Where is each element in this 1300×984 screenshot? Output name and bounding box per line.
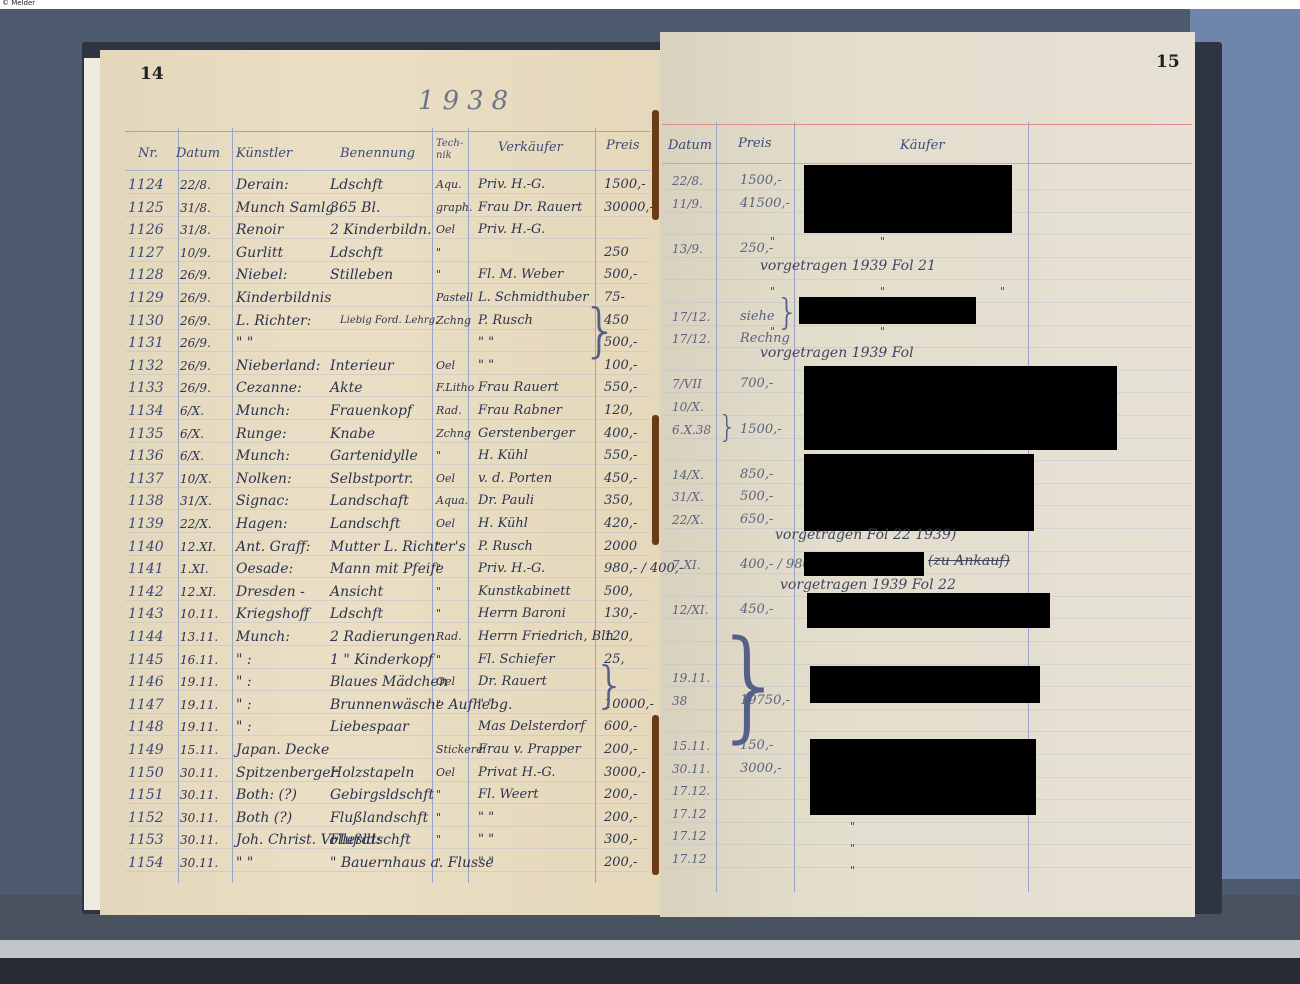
- cell-preis: 120,: [604, 402, 633, 420]
- cell-kuenstler: Kriegshoff: [236, 605, 309, 623]
- cell-preis: 1500,-: [604, 176, 646, 194]
- cell-preis2: 1500,-: [740, 172, 782, 190]
- desk-shadow: [0, 958, 1300, 984]
- cell-technik: Zchng: [436, 425, 471, 443]
- column-header: Datum: [668, 138, 712, 153]
- cell-datum: 10/9.: [180, 244, 211, 262]
- cell-technik: graph.: [436, 199, 472, 217]
- cell-preis2: 400,- / 980: [740, 556, 811, 574]
- header-rule: [125, 170, 650, 171]
- row-rule: [662, 822, 1192, 823]
- cell-verkaeufer: Frau Rauert: [478, 379, 559, 397]
- cell-datum: 22/8.: [180, 176, 211, 194]
- cell-benennung: Ldschft: [330, 244, 383, 262]
- cell-kuenstler: Oesade:: [236, 560, 293, 578]
- cell-technik: ": [436, 266, 441, 284]
- cell-nr: 1132: [128, 357, 164, 375]
- cell-nr: 1135: [128, 425, 164, 443]
- cell-verkaeufer: H. Kühl: [478, 515, 528, 533]
- cell-datum2: 38: [672, 692, 687, 710]
- row-rule: [662, 234, 1192, 235]
- cell-verkaeufer: P. Rusch: [478, 538, 533, 556]
- cell-nr: 1152: [128, 809, 164, 827]
- cell-nr: 1133: [128, 379, 164, 397]
- redaction-block: [810, 666, 1040, 703]
- redaction-block: [807, 593, 1050, 628]
- cell-technik: ": [436, 447, 441, 465]
- cell-nr: 1149: [128, 741, 164, 759]
- column-rule: [178, 128, 179, 883]
- cell-nr: 1137: [128, 470, 164, 488]
- cell-verkaeufer: L. Schmidthuber: [478, 289, 588, 307]
- cell-datum2: 22/8.: [672, 172, 703, 190]
- cell-technik: F.Litho: [436, 379, 474, 397]
- cell-verkaeufer: Herrn Friedrich, Bln: [478, 628, 614, 646]
- cell-datum2: 6.X.38: [672, 421, 711, 439]
- cell-verkaeufer: Frau Rabner: [478, 402, 562, 420]
- cell-verkaeufer: Dr. Rauert: [478, 673, 547, 691]
- cell-kuenstler: Munch Samlg: [236, 199, 334, 217]
- cell-nr: 1150: [128, 764, 164, 782]
- cell-benennung: Knabe: [330, 425, 375, 443]
- cell-datum2: 13/9.: [672, 240, 703, 258]
- cell-nr: 1143: [128, 605, 164, 623]
- cell-nr: 1134: [128, 402, 164, 420]
- cell-preis: 30000,-: [604, 199, 654, 217]
- cell-technik: ": [436, 244, 441, 262]
- cell-datum: 19.11.: [180, 673, 218, 691]
- cell-datum2: 14/X.: [672, 466, 704, 484]
- cell-benennung: 365 Bl.: [330, 199, 380, 217]
- cell-datum2: 7/VII: [672, 375, 702, 393]
- cell-verkaeufer: Dr. Pauli: [478, 492, 534, 510]
- cell-kuenstler: Renoir: [236, 221, 283, 239]
- cell-verkaeufer: Gerstenberger: [478, 425, 575, 443]
- cell-nr: 1153: [128, 831, 164, 849]
- cell-datum: 12.XI.: [180, 583, 216, 601]
- cell-verkaeufer: Fl. Weert: [478, 786, 539, 804]
- cell-datum2: 15.11.: [672, 737, 710, 755]
- cell-datum: 26/9.: [180, 357, 211, 375]
- cell-preis2: 1500,-: [740, 421, 782, 439]
- cell-verkaeufer: " ": [478, 809, 494, 827]
- cell-verkaeufer: " ": [478, 854, 494, 872]
- cell-datum2: 17/12.: [672, 330, 710, 348]
- column-rule: [595, 128, 596, 883]
- cell-datum: 30.11.: [180, 831, 218, 849]
- cell-verkaeufer: " ": [478, 357, 494, 375]
- cell-benennung: Ansicht: [330, 583, 383, 601]
- cell-benennung: Flußldschft: [330, 831, 411, 849]
- cell-nr: 1151: [128, 786, 164, 804]
- cell-verkaeufer: " ": [478, 831, 494, 849]
- ditto-mark: ": [850, 864, 855, 877]
- cell-preis: 350,: [604, 492, 633, 510]
- stitch-thread: [652, 715, 659, 875]
- cell-datum: 31/8.: [180, 221, 211, 239]
- ditto-mark: ": [880, 325, 885, 338]
- cell-nr: 1154: [128, 854, 164, 872]
- cell-preis2: 250,-: [740, 240, 773, 258]
- cell-verkaeufer: Priv. H.-G.: [478, 560, 545, 578]
- cell-datum2: 22/X.: [672, 511, 704, 529]
- row-rule: [662, 844, 1192, 845]
- cell-datum: 10/X.: [180, 470, 212, 488]
- cell-benennung: Ldschft: [330, 176, 383, 194]
- cell-technik: ": [436, 809, 441, 827]
- cell-nr: 1127: [128, 244, 164, 262]
- cell-nr: 1129: [128, 289, 164, 307]
- cell-kuenstler: Both (?): [236, 809, 292, 827]
- redaction-block: [810, 739, 1036, 815]
- annotation-note: vorgetragen 1939 Fol 22: [780, 577, 956, 593]
- cell-technik: Aqua.: [436, 492, 468, 510]
- annotation-note: vorgetragen 1939 Fol: [760, 345, 914, 361]
- cell-kuenstler: Munch:: [236, 628, 290, 646]
- bracket-mark: }: [594, 656, 626, 714]
- cell-benennung: Frauenkopf: [330, 402, 412, 420]
- cell-kuenstler: Spitzenberger: [236, 764, 337, 782]
- cell-kuenstler: Hagen:: [236, 515, 288, 533]
- cell-technik: Oel: [436, 515, 455, 533]
- cell-preis: 3000,-: [604, 764, 646, 782]
- cell-verkaeufer: " ": [478, 334, 494, 352]
- desk-edge: [0, 940, 1300, 958]
- cell-technik: ": [436, 583, 441, 601]
- cell-benennung: Selbstportr.: [330, 470, 413, 488]
- cell-preis2: 3000,-: [740, 760, 782, 778]
- cell-preis: 200,-: [604, 741, 637, 759]
- cell-nr: 1138: [128, 492, 164, 510]
- cell-verkaeufer: Herrn Baroni: [478, 605, 566, 623]
- column-header: Käufer: [900, 138, 945, 153]
- column-header: Preis: [738, 136, 771, 151]
- cell-preis: 600,-: [604, 718, 637, 736]
- cell-benennung: Flußlandschft: [330, 809, 428, 827]
- ditto-mark: ": [880, 235, 885, 248]
- cell-kuenstler: " :: [236, 673, 252, 691]
- cell-kuenstler: Kinderbildnis: [236, 289, 331, 307]
- cell-datum2: 10/X.: [672, 398, 704, 416]
- redaction-block: [799, 297, 976, 324]
- cell-nr: 1124: [128, 176, 164, 194]
- cell-datum: 13.11.: [180, 628, 218, 646]
- cell-benennung: 2 Kinderbildn.: [330, 221, 432, 239]
- cell-datum: 1.XI.: [180, 560, 209, 578]
- cell-verkaeufer: Priv. H.-G.: [478, 221, 545, 239]
- cell-preis: 200,-: [604, 786, 637, 804]
- cell-nr: 1131: [128, 334, 164, 352]
- cell-datum: 6/X.: [180, 425, 204, 443]
- column-header: Künstler: [236, 146, 292, 161]
- cell-verkaeufer: Frau Dr. Rauert: [478, 199, 582, 217]
- cell-nr: 1146: [128, 673, 164, 691]
- header-rule: [662, 163, 1192, 164]
- cell-kuenstler: Munch:: [236, 447, 290, 465]
- cell-verkaeufer: v. d. Porten: [478, 470, 552, 488]
- cell-benennung: Gartenidylle: [330, 447, 418, 465]
- cell-datum: 26/9.: [180, 266, 211, 284]
- cell-datum2: 17.12: [672, 805, 706, 823]
- cell-kuenstler: " ": [236, 854, 253, 872]
- cell-kuenstler: Nieberland:: [236, 357, 320, 375]
- cell-verkaeufer: Mas Delsterdorf: [478, 718, 585, 736]
- cell-technik: Zchng: [436, 312, 471, 330]
- cell-preis: 500,: [604, 583, 633, 601]
- cell-technik: ": [436, 560, 441, 578]
- cell-benennung: Blaues Mädchen: [330, 673, 448, 691]
- redaction-block: [804, 552, 924, 576]
- cell-datum: 16.11.: [180, 651, 218, 669]
- cell-benennung: Gebirgsldschft: [330, 786, 434, 804]
- cell-nr: 1130: [128, 312, 164, 330]
- cell-preis2: 650,-: [740, 511, 773, 529]
- cell-preis: 200,-: [604, 809, 637, 827]
- ditto-mark: ": [850, 842, 855, 855]
- cell-technik: Oel: [436, 470, 455, 488]
- cell-verkaeufer: H. Kühl: [478, 447, 528, 465]
- cell-technik: ": [436, 538, 441, 556]
- cell-kuenstler: Munch:: [236, 402, 290, 420]
- column-rule: [468, 128, 469, 883]
- redaction-block: [804, 165, 1012, 233]
- cell-preis2: 500,-: [740, 488, 773, 506]
- year-heading: 1938: [418, 86, 516, 116]
- cell-preis: 200,-: [604, 854, 637, 872]
- column-header: Verkäufer: [498, 140, 563, 155]
- cell-technik: Aqu.: [436, 176, 462, 194]
- cell-datum: 31/8.: [180, 199, 211, 217]
- cell-datum: 26/9.: [180, 289, 211, 307]
- cell-technik: Rad.: [436, 402, 462, 420]
- cell-preis2: 700,-: [740, 375, 773, 393]
- cell-preis: 130,-: [604, 605, 637, 623]
- cell-technik: ": [436, 831, 441, 849]
- header-red-rule: [662, 124, 1192, 125]
- cell-datum2: 12/XI.: [672, 601, 708, 619]
- bracket-mark: }: [582, 296, 619, 364]
- cell-kuenstler: " :: [236, 651, 252, 669]
- cell-benennung: 1 " Kinderkopf: [330, 651, 433, 669]
- cell-datum2: 30.11.: [672, 760, 710, 778]
- cell-datum: 6/X.: [180, 447, 204, 465]
- column-header: Benennung: [340, 146, 415, 161]
- cell-kuenstler: Dresden -: [236, 583, 305, 601]
- cell-verkaeufer: " ": [478, 696, 494, 714]
- ditto-mark: ": [770, 235, 775, 248]
- cell-technik: Oel: [436, 221, 455, 239]
- cell-datum: 26/9.: [180, 312, 211, 330]
- cell-preis: 400,-: [604, 425, 637, 443]
- cell-benennung: Liebespaar: [330, 718, 409, 736]
- row-rule: [662, 551, 1192, 552]
- cell-datum2: 11/9.: [672, 195, 703, 213]
- cell-datum: 30.11.: [180, 764, 218, 782]
- cell-nr: 1140: [128, 538, 164, 556]
- cell-kuenstler: Derain:: [236, 176, 289, 194]
- cell-datum2: 17/12.: [672, 308, 710, 326]
- cell-datum: 22/X.: [180, 515, 212, 533]
- redaction-block: [804, 366, 1117, 450]
- row-rule: [662, 279, 1192, 280]
- cell-datum: 30.11.: [180, 786, 218, 804]
- cell-preis: 450,-: [604, 470, 637, 488]
- cell-nr: 1141: [128, 560, 164, 578]
- cell-preis: 250: [604, 244, 629, 262]
- cell-technik: Oel: [436, 764, 455, 782]
- cell-technik: Oel: [436, 673, 455, 691]
- cell-datum2: 19.11.: [672, 669, 710, 687]
- ditto-mark: ": [770, 285, 775, 298]
- cell-verkaeufer: Frau v. Prapper: [478, 741, 581, 759]
- cell-verkaeufer: P. Rusch: [478, 312, 533, 330]
- cell-datum: 30.11.: [180, 854, 218, 872]
- cell-preis2: 850,-: [740, 466, 773, 484]
- column-header: Datum: [176, 146, 220, 161]
- cell-nr: 1125: [128, 199, 164, 217]
- cell-benennung: 2 Radierungen: [330, 628, 435, 646]
- ditto-mark: ": [850, 820, 855, 833]
- cell-kuenstler: Japan. Decke: [236, 741, 329, 759]
- left-page-number: 14: [140, 64, 164, 84]
- annotation-note: vorgetragen Fol 22 1939): [775, 527, 956, 543]
- cell-technik: Rad.: [436, 628, 462, 646]
- cell-kuenstler: Signac:: [236, 492, 289, 510]
- header-red-rule: [125, 131, 650, 132]
- cell-kuenstler: " :: [236, 696, 252, 714]
- cell-datum2: 17.12: [672, 827, 706, 845]
- cell-benennung: Mutter L. Richter's: [330, 538, 466, 556]
- cell-nr: 1147: [128, 696, 164, 714]
- cell-datum: 31/X.: [180, 492, 212, 510]
- redaction-block: [804, 454, 1034, 531]
- cell-datum2: 7.XI.: [672, 556, 701, 574]
- cell-preis: 300,-: [604, 831, 637, 849]
- ditto-mark: ": [770, 325, 775, 338]
- cell-preis: 2000: [604, 538, 637, 556]
- ditto-mark: ": [880, 285, 885, 298]
- cell-preis: 550,-: [604, 447, 637, 465]
- bracket-mark: }: [718, 410, 737, 445]
- cell-preis2: 41500,-: [740, 195, 790, 213]
- cell-benennung: Landschaft: [330, 492, 409, 510]
- cell-datum: 26/9.: [180, 379, 211, 397]
- stitch-thread: [652, 415, 659, 545]
- cell-preis: 120,: [604, 628, 633, 646]
- cell-technik: ": [436, 696, 441, 714]
- cell-kuenstler: " :: [236, 718, 252, 736]
- cell-preis: 500,-: [604, 266, 637, 284]
- cell-benennung: Landschft: [330, 515, 400, 533]
- cell-benennung: Interieur: [330, 357, 394, 375]
- cell-datum2: 17.12: [672, 850, 706, 868]
- cell-preis: 420,-: [604, 515, 637, 533]
- cell-nr: 1139: [128, 515, 164, 533]
- stitch-thread: [652, 110, 659, 220]
- cell-technik: ": [436, 854, 441, 872]
- top-banner: © Melder: [0, 0, 1300, 9]
- cell-benennung: Holzstapeln: [330, 764, 414, 782]
- photo-credit: © Melder: [2, 0, 35, 7]
- right-page-number: 15: [1156, 52, 1180, 72]
- cell-datum: 6/X.: [180, 402, 204, 420]
- cell-technik: Oel: [436, 357, 455, 375]
- cell-nr: 1142: [128, 583, 164, 601]
- cell-benennung: Mann mit Pfeife: [330, 560, 444, 578]
- cell-kuenstler: Both: (?): [236, 786, 297, 804]
- cell-datum: 19.11.: [180, 696, 218, 714]
- bracket-mark: }: [712, 616, 788, 755]
- column-rule: [232, 128, 233, 883]
- bracket-mark: }: [776, 292, 799, 333]
- cell-benennung: Ldschft: [330, 605, 383, 623]
- cell-datum: 30.11.: [180, 809, 218, 827]
- cell-kuenstler: Ant. Graff:: [236, 538, 311, 556]
- annotation-note: (zu Ankauf): [928, 553, 1010, 569]
- cell-kuenstler: Runge:: [236, 425, 287, 443]
- annotation-note: vorgetragen 1939 Fol 21: [760, 258, 936, 274]
- ditto-mark: ": [1000, 285, 1005, 298]
- cell-benennung: Stilleben: [330, 266, 393, 284]
- cell-preis: 550,-: [604, 379, 637, 397]
- cell-benennung: " Bauernhaus a. Flusse: [330, 854, 494, 872]
- cell-nr: 1126: [128, 221, 164, 239]
- cell-datum: 19.11.: [180, 718, 218, 736]
- cell-nr: 1144: [128, 628, 164, 646]
- cell-kuenstler: Niebel:: [236, 266, 287, 284]
- cell-kuenstler: Cezanne:: [236, 379, 302, 397]
- cell-kuenstler: Gurlitt: [236, 244, 283, 262]
- cell-kuenstler: " ": [236, 334, 253, 352]
- cell-technik: ": [436, 605, 441, 623]
- cell-technik: ": [436, 786, 441, 804]
- cell-benennung: Liebig Ford. Lehrg.: [340, 312, 438, 330]
- cell-verkaeufer: Fl. Schiefer: [478, 651, 555, 669]
- cell-datum: 10.11.: [180, 605, 218, 623]
- cell-technik: ": [436, 651, 441, 669]
- cell-datum2: 31/X.: [672, 488, 704, 506]
- cell-datum: 26/9.: [180, 334, 211, 352]
- cell-verkaeufer: Kunstkabinett: [478, 583, 571, 601]
- column-rule: [432, 128, 433, 883]
- cell-nr: 1145: [128, 651, 164, 669]
- cell-benennung: Akte: [330, 379, 363, 397]
- cell-verkaeufer: Privat H.-G.: [478, 764, 556, 782]
- cell-datum2: 17.12.: [672, 782, 710, 800]
- cell-kuenstler: L. Richter:: [236, 312, 311, 330]
- cell-nr: 1148: [128, 718, 164, 736]
- cell-verkaeufer: Fl. M. Weber: [478, 266, 563, 284]
- cell-nr: 1136: [128, 447, 164, 465]
- column-header: Nr.: [138, 146, 158, 161]
- cell-kuenstler: Nolken:: [236, 470, 292, 488]
- cell-technik: Pastell: [436, 289, 473, 307]
- cell-datum: 15.11.: [180, 741, 218, 759]
- cell-nr: 1128: [128, 266, 164, 284]
- cell-datum: 12.XI.: [180, 538, 216, 556]
- row-rule: [662, 867, 1192, 868]
- column-header: Preis: [606, 138, 639, 153]
- column-header: Tech-nik: [436, 138, 470, 162]
- cell-verkaeufer: Priv. H.-G.: [478, 176, 545, 194]
- binding-spine: [650, 110, 662, 880]
- cell-preis2: siehe: [740, 308, 775, 326]
